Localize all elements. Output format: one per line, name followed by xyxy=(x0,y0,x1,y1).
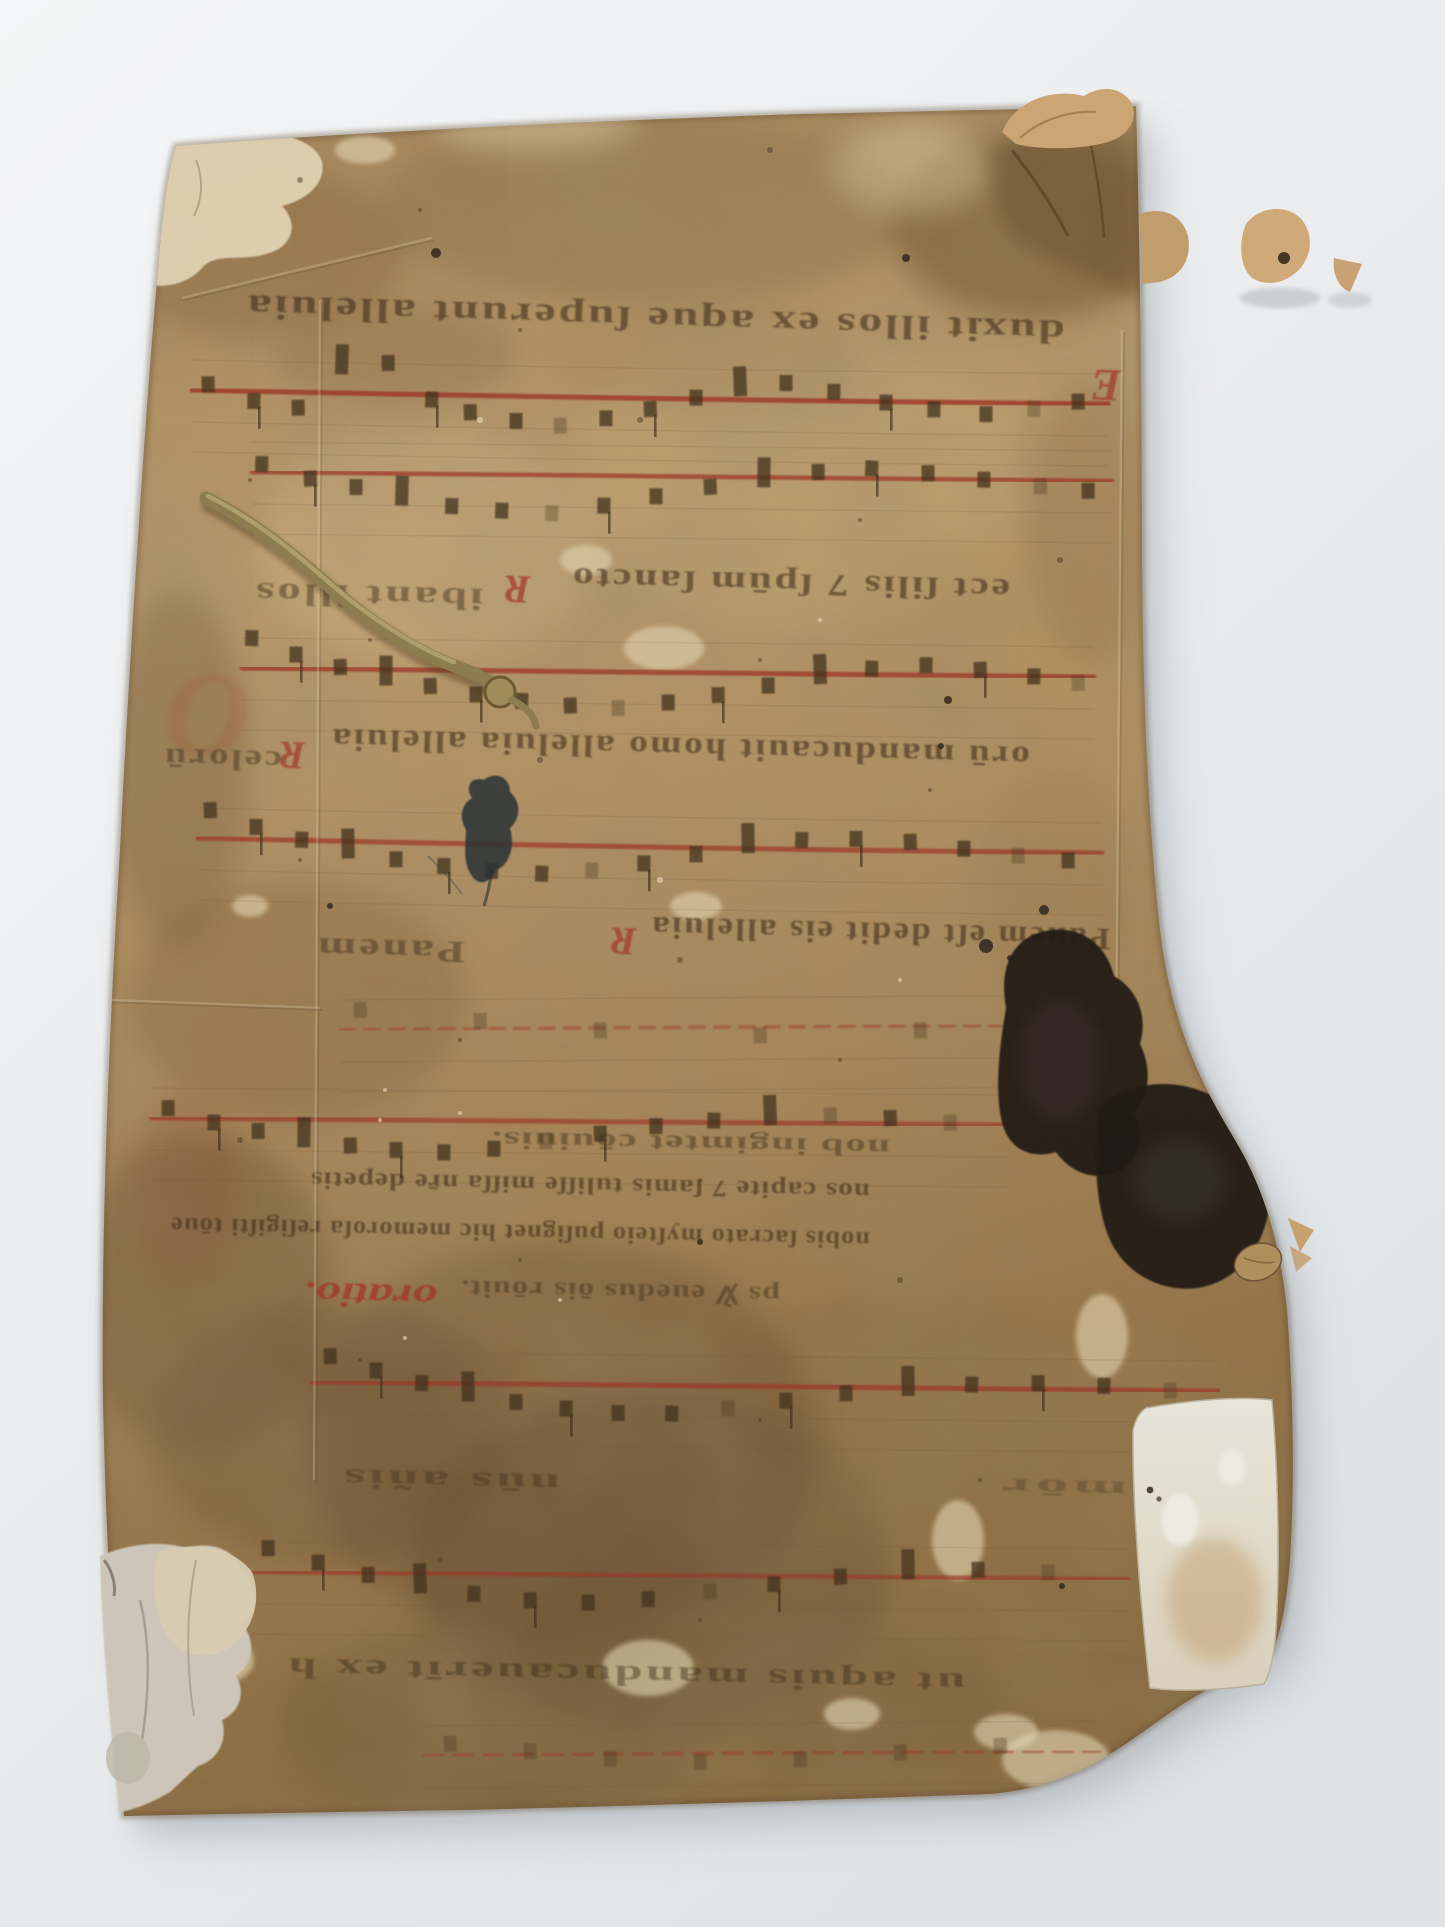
speckle xyxy=(378,1118,382,1122)
neume xyxy=(690,846,703,862)
speckle xyxy=(477,417,483,423)
speckle xyxy=(558,1298,562,1302)
neume xyxy=(1082,483,1095,499)
neume-tail xyxy=(654,415,657,437)
rubric-initial-row1: E xyxy=(1090,359,1123,411)
neume xyxy=(1032,1375,1045,1391)
neume xyxy=(324,1348,338,1364)
neume-tail xyxy=(984,676,987,698)
pale-patch xyxy=(232,895,268,917)
neume xyxy=(994,1738,1008,1754)
neume xyxy=(382,355,395,371)
neume xyxy=(904,834,918,850)
neume xyxy=(255,456,269,472)
neume xyxy=(612,1405,625,1421)
speckle xyxy=(637,417,643,423)
speckle xyxy=(978,1478,982,1482)
neume xyxy=(437,1144,450,1160)
neume xyxy=(335,344,349,374)
neume xyxy=(582,1595,595,1611)
speckle xyxy=(1057,557,1063,563)
neume xyxy=(880,395,893,411)
speckle xyxy=(897,1277,903,1283)
speckle xyxy=(248,478,252,482)
neume xyxy=(767,1576,780,1592)
neume xyxy=(162,1100,175,1116)
neume-tail xyxy=(258,407,261,429)
neume xyxy=(690,390,703,406)
neume xyxy=(901,1366,915,1396)
neume xyxy=(350,479,363,495)
pale-patch xyxy=(1076,1294,1128,1378)
neume xyxy=(824,1107,838,1123)
neume-tail xyxy=(300,661,303,683)
neume xyxy=(390,1142,403,1158)
neume xyxy=(445,498,459,514)
speckle xyxy=(898,978,902,982)
neume-tail xyxy=(570,1415,573,1437)
neume xyxy=(694,1754,708,1770)
speckle xyxy=(657,877,663,883)
neume-tail xyxy=(448,872,451,894)
wormhole xyxy=(431,248,441,258)
speckle xyxy=(358,1358,362,1362)
neume xyxy=(1164,1382,1178,1398)
neume xyxy=(204,802,218,818)
neume xyxy=(665,1405,679,1421)
neume xyxy=(741,823,755,853)
neume-tail xyxy=(876,474,879,496)
speckle xyxy=(838,1058,842,1062)
speckle xyxy=(297,177,303,183)
speckle xyxy=(767,147,773,153)
neume-tail xyxy=(260,833,263,855)
fragment-1a: nūs añis xyxy=(340,1463,561,1499)
neume xyxy=(524,1743,538,1759)
neume-tail xyxy=(790,1407,793,1429)
neume-tail xyxy=(218,1129,221,1151)
neume xyxy=(1042,1564,1055,1580)
chant-row-3-right: celorū xyxy=(162,741,283,776)
neume-tail xyxy=(480,700,483,722)
pale-patch xyxy=(824,1698,880,1730)
neume xyxy=(944,1114,958,1130)
neume xyxy=(354,1002,368,1018)
neume xyxy=(341,828,355,858)
neume xyxy=(637,855,650,871)
speckle xyxy=(237,1137,243,1143)
neume xyxy=(1072,393,1085,409)
paper-label xyxy=(1133,1398,1278,1690)
neume-tail xyxy=(534,1606,537,1628)
neume-tail xyxy=(322,1569,325,1591)
neume xyxy=(704,1583,718,1599)
neume xyxy=(662,694,675,710)
neume xyxy=(304,470,318,486)
neume xyxy=(444,1736,458,1752)
neume xyxy=(252,1123,265,1139)
neume xyxy=(380,656,393,686)
pale-patch xyxy=(624,626,704,670)
neume xyxy=(461,1371,475,1401)
neume xyxy=(972,1562,985,1578)
neume xyxy=(712,687,725,703)
label-pinhole xyxy=(1156,1496,1161,1501)
neume xyxy=(425,391,439,407)
neume xyxy=(604,1750,618,1766)
neume xyxy=(597,498,610,514)
wormhole xyxy=(902,254,910,262)
neume xyxy=(600,410,613,426)
speckle xyxy=(518,1258,522,1262)
neume xyxy=(495,502,509,518)
neume-tail xyxy=(648,869,651,891)
neume xyxy=(813,654,827,684)
neume xyxy=(395,475,409,505)
speckle xyxy=(758,1418,762,1422)
neume xyxy=(1027,401,1040,417)
wormhole xyxy=(938,743,944,749)
pale-patch xyxy=(335,136,395,164)
neume xyxy=(297,1117,311,1147)
neume xyxy=(250,819,263,835)
neume xyxy=(834,1568,848,1584)
neume xyxy=(965,1376,979,1392)
neume xyxy=(914,1022,928,1038)
neume xyxy=(644,401,658,417)
speckle xyxy=(677,957,683,963)
neume-tail xyxy=(860,845,863,867)
neume xyxy=(865,660,879,676)
neume xyxy=(762,677,775,693)
neume xyxy=(292,400,305,416)
neume xyxy=(362,1567,375,1583)
neume xyxy=(612,700,625,716)
neume xyxy=(977,472,990,488)
neume xyxy=(312,1554,325,1570)
speckle xyxy=(458,1111,462,1115)
rubric-oratio: oratio. xyxy=(303,1274,438,1314)
neume xyxy=(415,1375,429,1391)
neume xyxy=(927,401,940,417)
neume xyxy=(390,851,403,867)
neume xyxy=(585,862,599,878)
speckle xyxy=(383,1088,387,1092)
neume xyxy=(202,376,215,392)
neume xyxy=(474,1013,488,1029)
neume xyxy=(865,460,879,476)
speckle xyxy=(818,618,822,622)
neume xyxy=(1097,1378,1110,1394)
wormhole xyxy=(327,903,333,909)
neume xyxy=(827,384,840,400)
neume xyxy=(795,832,809,848)
speckle xyxy=(858,518,862,522)
neume xyxy=(1062,852,1075,868)
manuscript-photograph: O E duxit illos ex aque ſuperunt allelui… xyxy=(0,0,1445,1927)
neume xyxy=(642,1591,655,1607)
neume xyxy=(344,1137,358,1153)
neume-tail xyxy=(436,406,439,428)
wormhole xyxy=(944,696,952,704)
neume xyxy=(262,1540,275,1556)
speckle xyxy=(518,328,522,332)
neume-tail xyxy=(890,409,893,431)
neume xyxy=(295,831,309,847)
neume xyxy=(334,659,348,675)
neume xyxy=(207,1114,220,1130)
neume xyxy=(535,865,549,881)
neume xyxy=(894,1744,908,1760)
neume xyxy=(794,1751,808,1767)
neume xyxy=(247,393,260,409)
speckle xyxy=(537,757,543,763)
neume xyxy=(733,366,747,396)
neume xyxy=(467,1586,480,1602)
neume xyxy=(290,647,303,663)
neume xyxy=(763,1095,777,1125)
neume xyxy=(850,831,863,847)
neume xyxy=(594,1022,608,1038)
neume xyxy=(957,841,970,857)
wormhole xyxy=(697,1239,703,1245)
neume xyxy=(884,1110,898,1126)
speckle xyxy=(698,1178,702,1182)
neume xyxy=(245,630,259,646)
speckle xyxy=(298,858,302,862)
neume xyxy=(901,1549,915,1579)
neume xyxy=(524,1592,538,1608)
photo-stage: O E duxit illos ex aque ſuperunt allelui… xyxy=(0,0,1445,1927)
neume-tail xyxy=(314,485,317,507)
responsory-mark-2: R xyxy=(503,567,532,613)
label-pinhole xyxy=(1147,1487,1154,1494)
neume xyxy=(704,479,718,495)
neume xyxy=(554,417,568,433)
chant-row-4-right: Panem xyxy=(315,931,466,970)
neume xyxy=(464,404,478,420)
speckle xyxy=(758,658,762,662)
speckle xyxy=(403,1336,407,1340)
neume xyxy=(812,464,825,480)
neume xyxy=(974,662,988,678)
neume xyxy=(980,406,993,422)
speckle xyxy=(458,1038,462,1042)
neume xyxy=(545,505,559,521)
fragment-1b: mōr xyxy=(997,1472,1128,1502)
speckle xyxy=(978,318,982,322)
responsory-mark-4: R xyxy=(609,919,638,965)
neume xyxy=(413,1563,427,1593)
neume-tail xyxy=(380,1377,383,1399)
speckle xyxy=(368,638,372,642)
neume xyxy=(1034,478,1048,494)
neume xyxy=(510,413,523,429)
neume-tail xyxy=(722,701,725,723)
neume xyxy=(510,1394,523,1410)
neume xyxy=(370,1363,383,1379)
neume xyxy=(650,488,663,504)
neume xyxy=(1072,675,1085,691)
neume xyxy=(564,697,578,713)
neume-tail xyxy=(608,512,611,534)
speckle xyxy=(928,788,932,792)
neume xyxy=(1027,668,1040,684)
neume xyxy=(780,375,793,391)
neume xyxy=(424,678,438,694)
neume xyxy=(754,1027,768,1043)
neume-tail xyxy=(778,1590,781,1612)
speckle xyxy=(437,1557,443,1563)
neume xyxy=(707,1112,720,1128)
neume xyxy=(757,457,771,487)
neume xyxy=(780,1393,793,1409)
neume xyxy=(922,465,935,481)
neume xyxy=(560,1401,573,1417)
neume xyxy=(722,1400,735,1416)
neume-tail xyxy=(1042,1389,1045,1411)
wormhole xyxy=(1059,1583,1065,1589)
speckle xyxy=(418,208,422,212)
neume xyxy=(1012,847,1025,863)
neume xyxy=(840,1385,853,1401)
speckle xyxy=(698,1618,702,1622)
neume xyxy=(920,657,933,673)
